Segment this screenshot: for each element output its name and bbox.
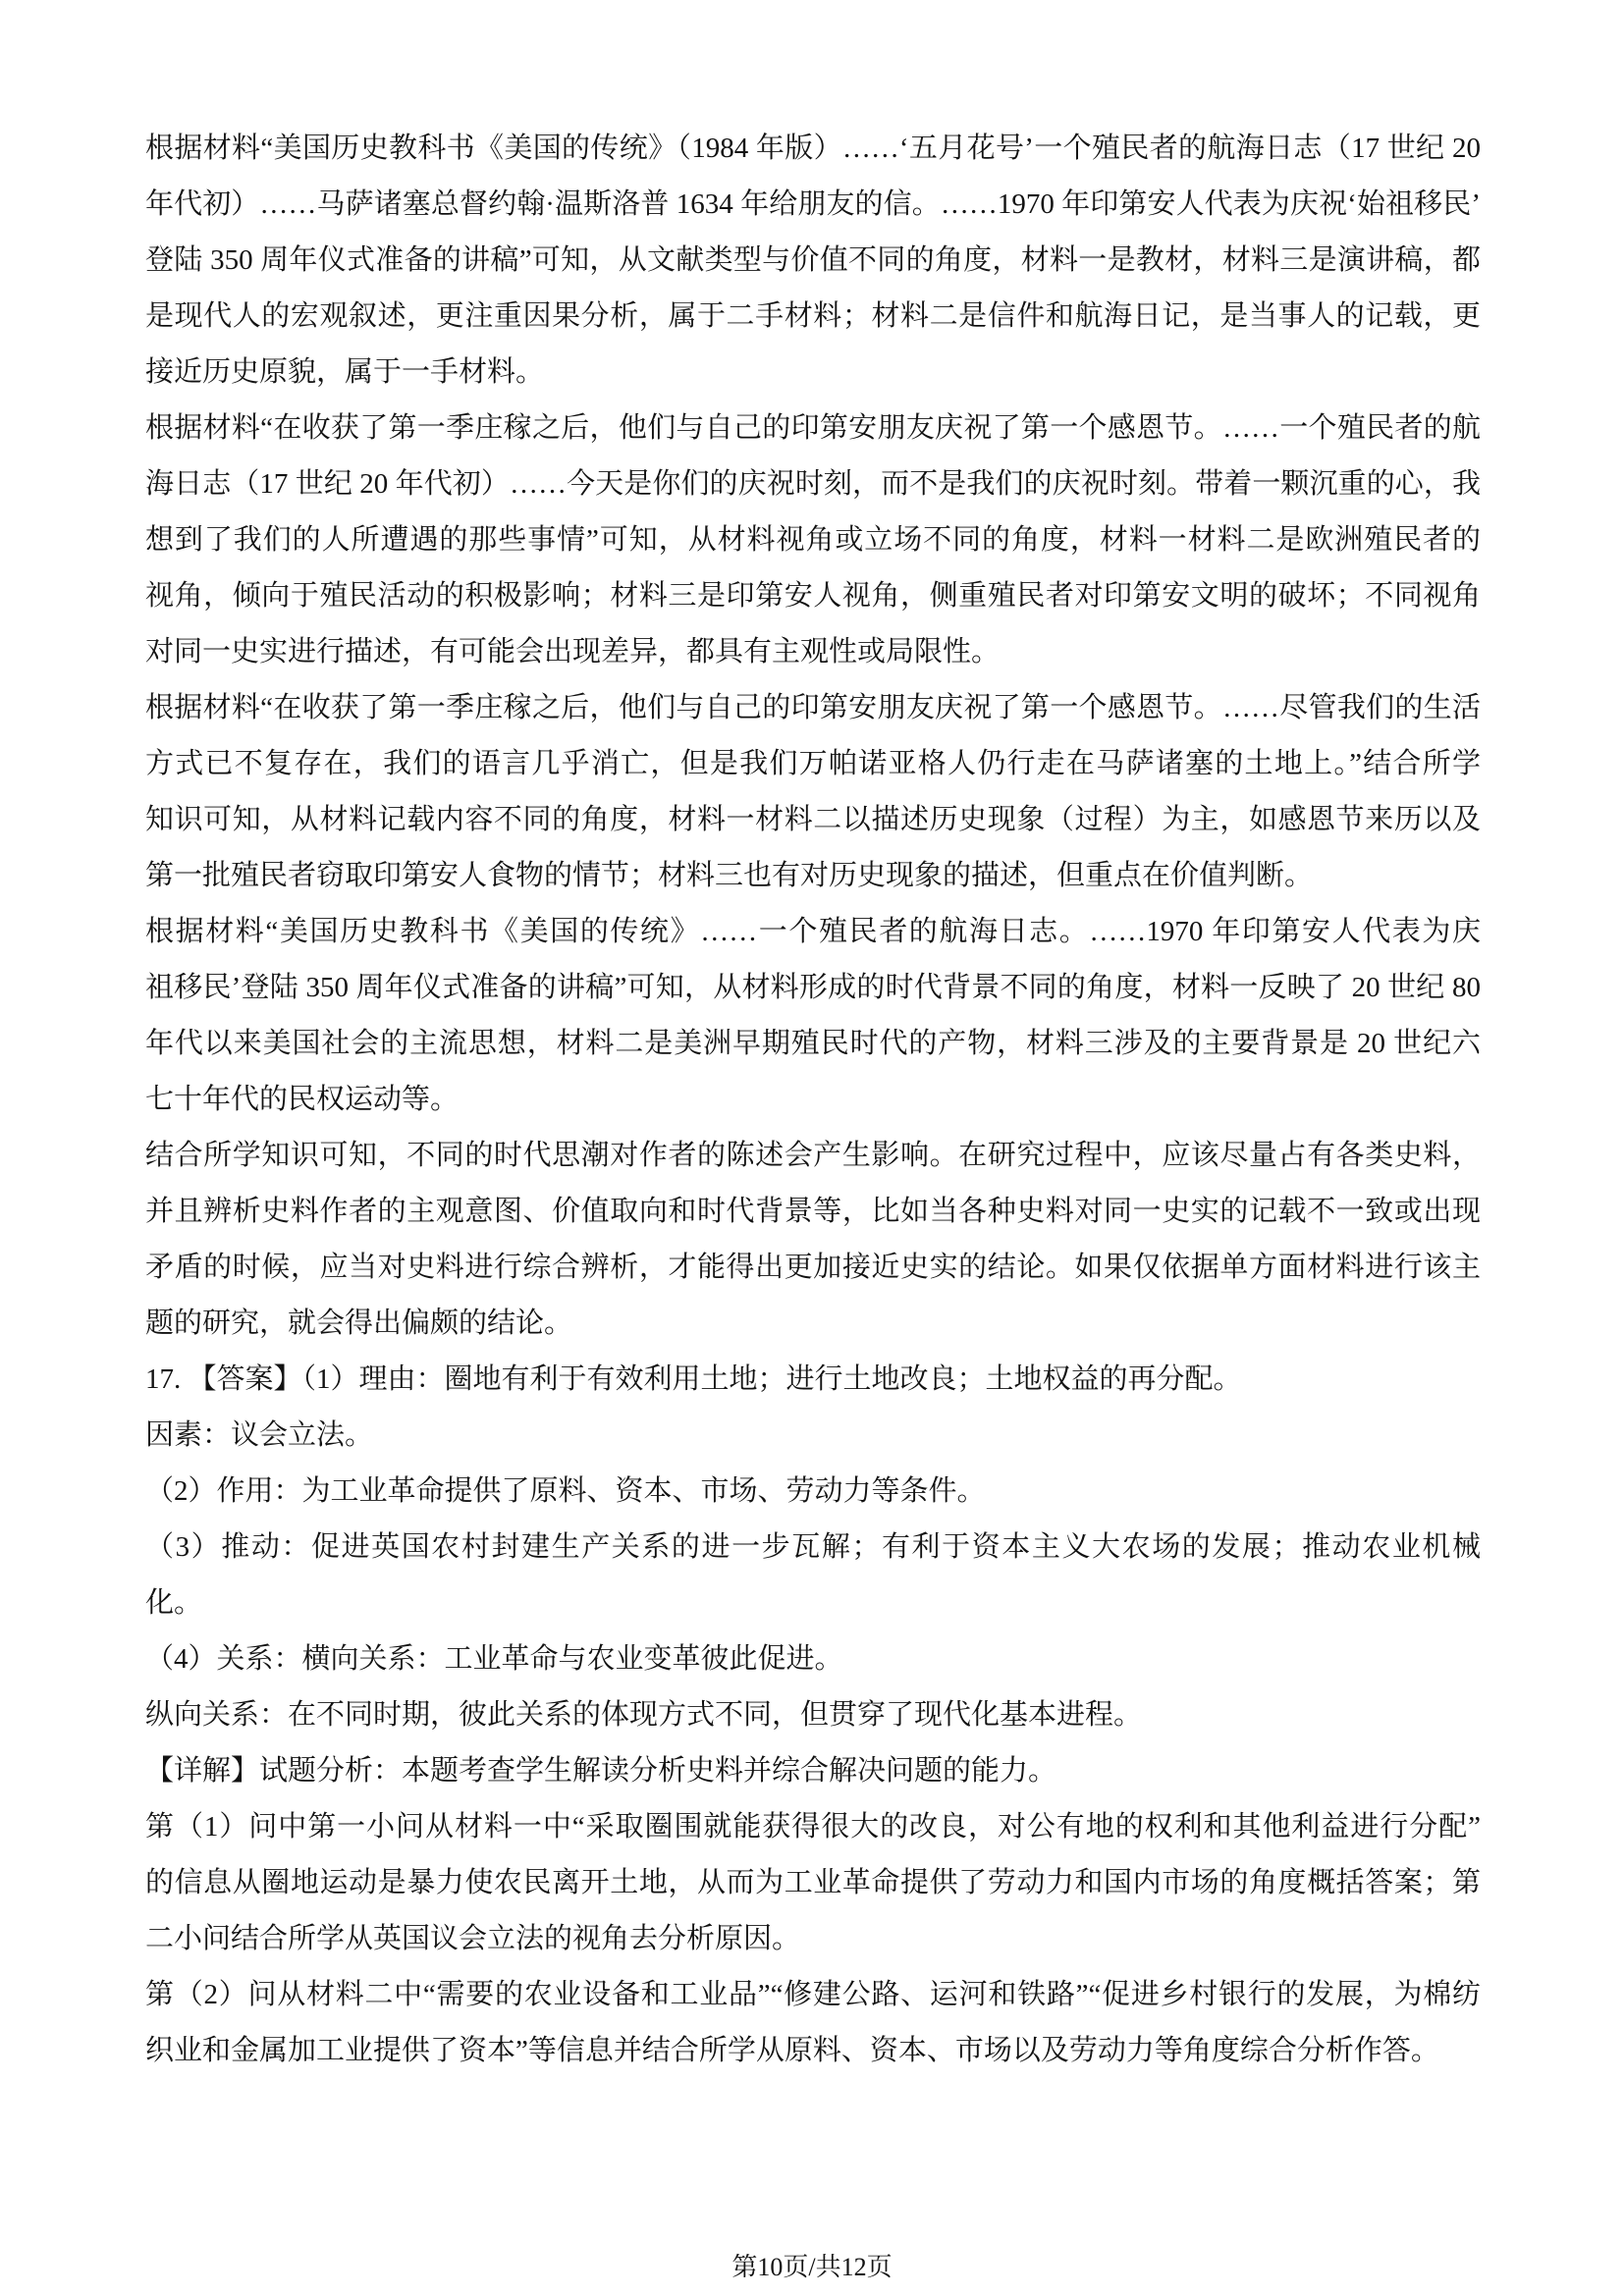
text-line: 知识可知，从材料记载内容不同的角度，材料一材料二以描述历史现象（过程）为主，如感… (145, 792, 1481, 848)
text-line: 第一批殖民者窃取印第安人食物的情节；材料三也有对历史现象的描述，但重点在价值判断… (145, 848, 1481, 904)
text-line: 根据材料“在收获了第一季庄稼之后，他们与自己的印第安朋友庆祝了第一个感恩节。……… (145, 680, 1481, 736)
text-line: 矛盾的时候，应当对史料进行综合辨析，才能得出更加接近史实的结论。如果仅依据单方面… (145, 1240, 1481, 1296)
text-line: （4）关系：横向关系：工业革命与农业变革彼此促进。 (145, 1631, 1481, 1687)
text-line: 纵向关系：在不同时期，彼此关系的体现方式不同，但贯穿了现代化基本进程。 (145, 1687, 1481, 1743)
text-line: 根据材料“美国历史教科书《美国的传统》……一个殖民者的航海日志。……1970 年… (145, 904, 1481, 960)
text-line: 并且辨析史料作者的主观意图、价值取向和时代背景等，比如当各种史料对同一史实的记载… (145, 1184, 1481, 1240)
text-line: 【详解】试题分析：本题考查学生解读分析史料并综合解决问题的能力。 (145, 1743, 1481, 1799)
text-line: 结合所学知识可知，不同的时代思潮对作者的陈述会产生影响。在研究过程中，应该尽量占… (145, 1128, 1481, 1184)
text-line: 年代初）……马萨诸塞总督约翰·温斯洛普 1634 年给朋友的信。……1970 年… (145, 177, 1481, 233)
text-line: 祖移民’登陆 350 周年仪式准备的讲稿”可知，从材料形成的时代背景不同的角度，… (145, 960, 1481, 1016)
text-line: 海日志（17 世纪 20 年代初）……今天是你们的庆祝时刻，而不是我们的庆祝时刻… (145, 456, 1481, 512)
text-line: 因素：议会立法。 (145, 1408, 1481, 1464)
page-number-indicator: 第10页/共12页 (731, 2253, 892, 2281)
text-line: 第（1）问中第一小问从材料一中“采取圈围就能获得很大的改良，对公有地的权利和其他… (145, 1799, 1481, 1855)
document-body: 根据材料“美国历史教科书《美国的传统》（1984 年版）……‘五月花号’一个殖民… (145, 121, 1481, 2079)
page-footer: 第10页/共12页 (0, 2251, 1624, 2284)
text-line: 年代以来美国社会的主流思想，材料二是美洲早期殖民时代的产物，材料三涉及的主要背景… (145, 1016, 1481, 1072)
text-line: 根据材料“美国历史教科书《美国的传统》（1984 年版）……‘五月花号’一个殖民… (145, 121, 1481, 177)
text-line: 登陆 350 周年仪式准备的讲稿”可知，从文献类型与价值不同的角度，材料一是教材… (145, 233, 1481, 289)
text-line: 接近历史原貌，属于一手材料。 (145, 345, 1481, 400)
text-line: 对同一史实进行描述，有可能会出现差异，都具有主观性或局限性。 (145, 624, 1481, 680)
text-line: 织业和金属加工业提供了资本”等信息并结合所学从原料、资本、市场以及劳动力等角度综… (145, 2023, 1481, 2079)
text-line: 化。 (145, 1575, 1481, 1631)
text-line: 是现代人的宏观叙述，更注重因果分析，属于二手材料；材料二是信件和航海日记，是当事… (145, 289, 1481, 345)
text-line: 方式已不复存在，我们的语言几乎消亡，但是我们万帕诺亚格人仍行走在马萨诸塞的土地上… (145, 736, 1481, 792)
text-line: 想到了我们的人所遭遇的那些事情”可知，从材料视角或立场不同的角度，材料一材料二是… (145, 512, 1481, 568)
text-line: 的信息从圈地运动是暴力使农民离开土地，从而为工业革命提供了劳动力和国内市场的角度… (145, 1855, 1481, 1911)
text-line: 根据材料“在收获了第一季庄稼之后，他们与自己的印第安朋友庆祝了第一个感恩节。……… (145, 400, 1481, 456)
text-line: （3）推动：促进英国农村封建生产关系的进一步瓦解；有利于资本主义大农场的发展；推… (145, 1520, 1481, 1575)
document-page: 根据材料“美国历史教科书《美国的传统》（1984 年版）……‘五月花号’一个殖民… (0, 0, 1624, 2296)
text-line: 二小问结合所学从英国议会立法的视角去分析原因。 (145, 1911, 1481, 1967)
text-line: 七十年代的民权运动等。 (145, 1072, 1481, 1128)
text-line: 视角，倾向于殖民活动的积极影响；材料三是印第安人视角，侧重殖民者对印第安文明的破… (145, 568, 1481, 624)
text-line: （2）作用：为工业革命提供了原料、资本、市场、劳动力等条件。 (145, 1464, 1481, 1520)
text-line: 17. 【答案】（1）理由：圈地有利于有效利用土地；进行土地改良；土地权益的再分… (145, 1352, 1481, 1408)
text-line: 题的研究，就会得出偏颇的结论。 (145, 1296, 1481, 1352)
text-line: 第（2）问从材料二中“需要的农业设备和工业品”“修建公路、运河和铁路”“促进乡村… (145, 1967, 1481, 2023)
